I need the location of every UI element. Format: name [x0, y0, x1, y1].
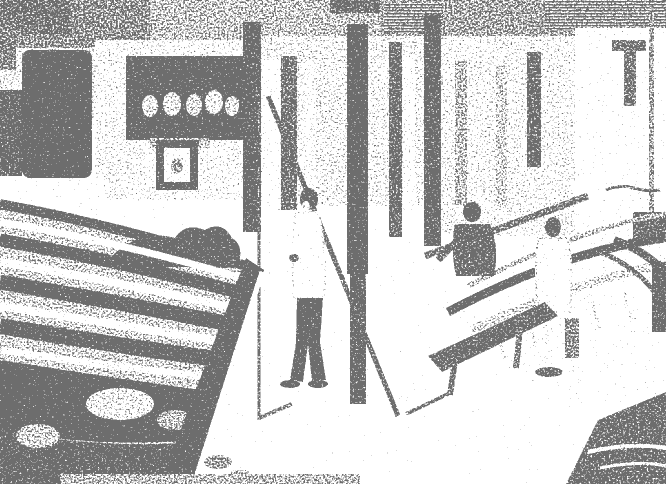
boatyard-photograph: [0, 0, 666, 484]
wall-sign: [126, 56, 250, 148]
photo-canvas: [0, 0, 666, 484]
notice-board: [0, 24, 104, 233]
framed-picture: [156, 140, 198, 190]
